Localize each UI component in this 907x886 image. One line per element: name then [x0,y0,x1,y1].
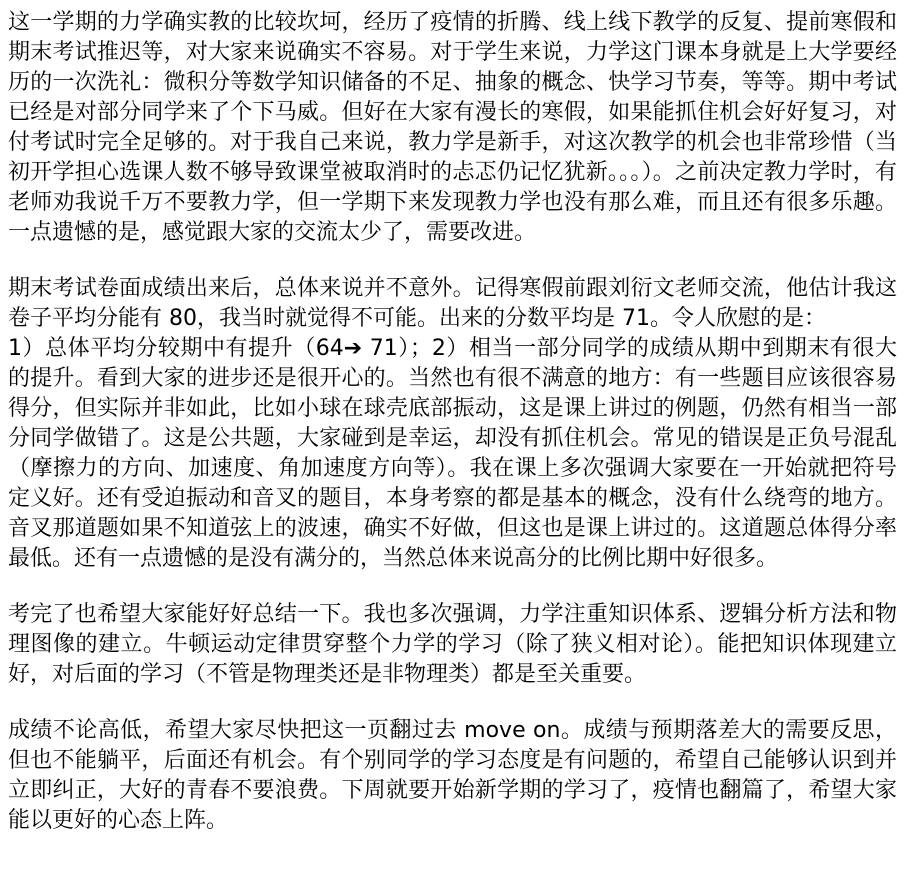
paragraph-exam-results-details: 1）总体平均分较期中有提升（64➔ 71）；2）相当一部分同学的成绩从期中到期末… [8,334,897,574]
paragraph-exam-results-intro: 期末考试卷面成绩出来后，总体来说并不意外。记得寒假前跟刘衍文老师交流，他估计我这… [8,274,897,334]
paragraph-closing-encouragement: 成绩不论高低，希望大家尽快把这一页翻过去 move on。成绩与预期落差大的需要… [8,716,897,836]
paragraph-study-advice: 考完了也希望大家能好好总结一下。我也多次强调，力学注重知识体系、逻辑分析方法和物… [8,600,897,690]
paragraph-semester-review: 这一学期的力学确实教的比较坎坷，经历了疫情的折腾、线上线下教学的反复、提前寒假和… [8,8,897,248]
document-page: 这一学期的力学确实教的比较坎坷，经历了疫情的折腾、线上线下教学的反复、提前寒假和… [0,0,907,886]
